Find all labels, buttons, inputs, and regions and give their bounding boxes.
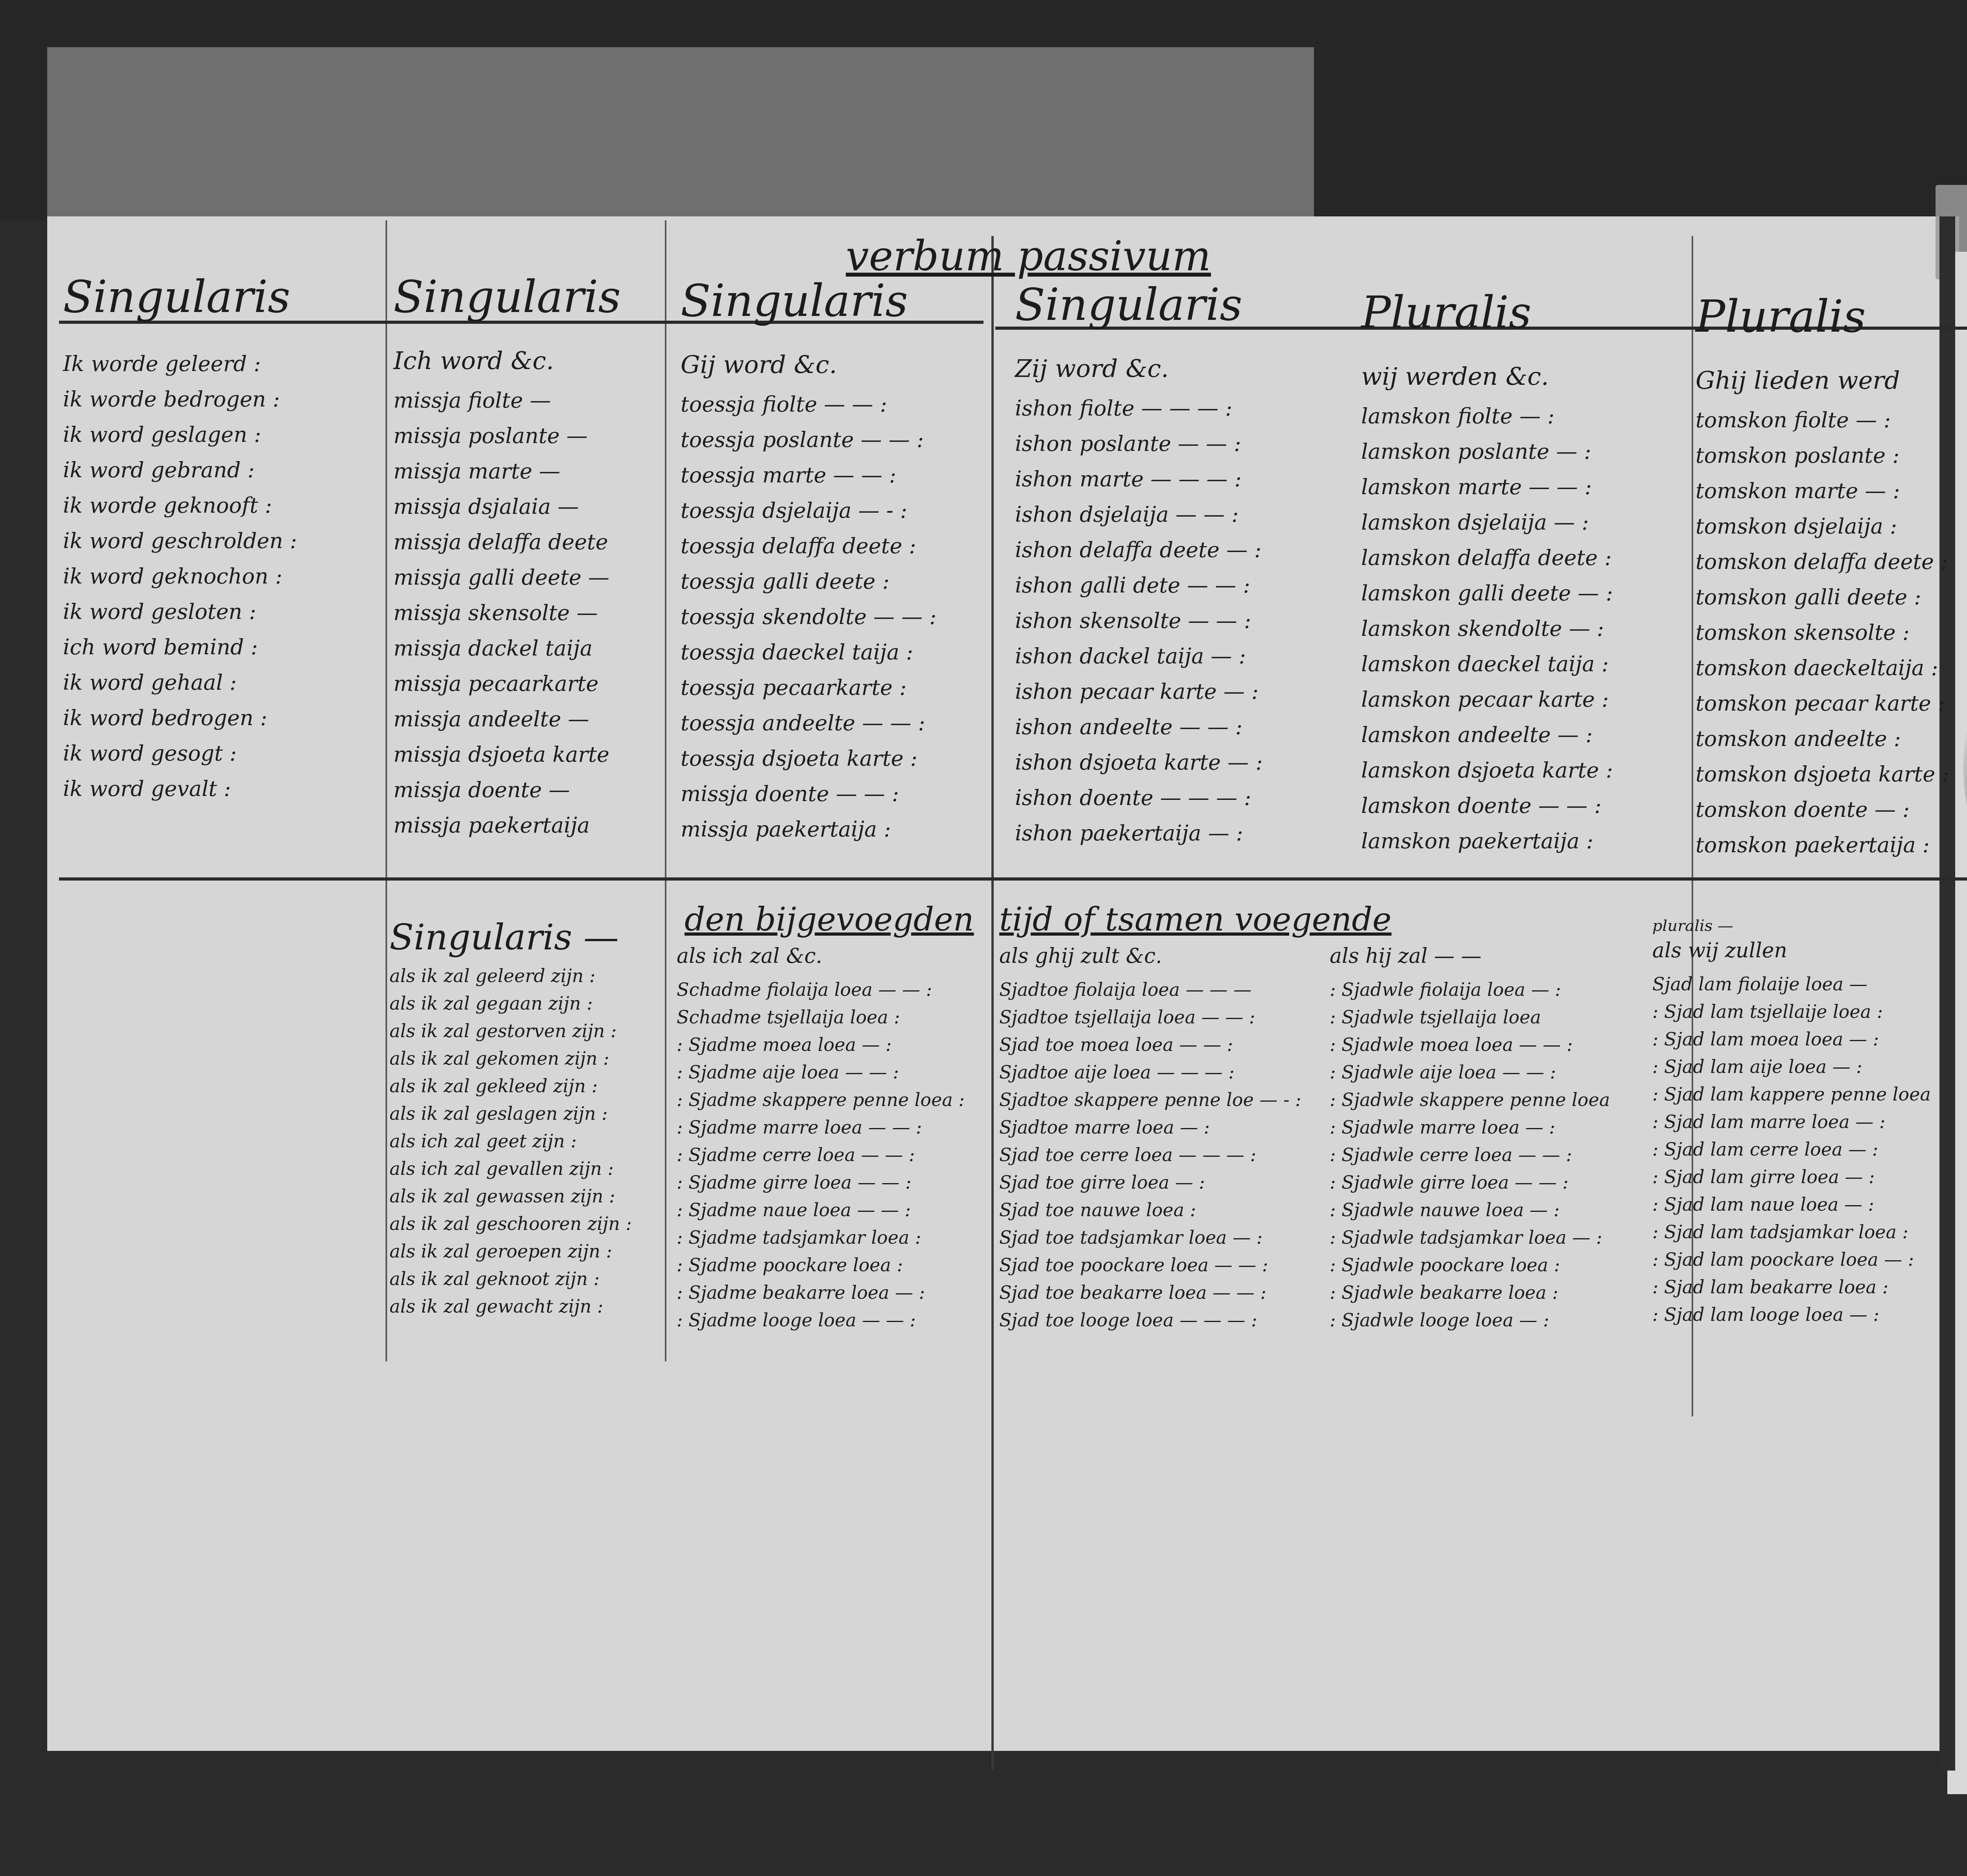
table-row: missja doente — xyxy=(393,772,621,808)
table-row: ishon doente — — — : xyxy=(1015,780,1263,816)
table-row: tomskon doente — : xyxy=(1696,792,1949,827)
table-row: toessja galli deete : xyxy=(681,564,937,599)
table-row: : Sjad lam tadsjamkar loea : xyxy=(1652,1218,1931,1246)
table-row: ik worde geknooft : xyxy=(63,488,297,523)
table-row: missja dackel taija xyxy=(393,631,621,666)
table-row: missja delaffa deete xyxy=(393,524,621,560)
column-header: Singularis xyxy=(63,271,297,323)
table-row: : Sjadme naue loea — — : xyxy=(677,1196,965,1224)
table-row: : Sjadwle skappere penne loea xyxy=(1330,1086,1610,1113)
table-row: ik word geslagen : xyxy=(63,417,297,452)
lower-column-4: als hij zal — — : Sjadwle fiolaija loea … xyxy=(1330,944,1610,1334)
lower-section-title-part-2: tijd of tsamen voegende xyxy=(999,901,1391,938)
table-row: lamskon doente — — : xyxy=(1361,788,1613,824)
table-row: tomskon fiolte — : xyxy=(1696,403,1949,438)
table-row: tomskon daeckeltaija : xyxy=(1696,650,1949,686)
table-row: : Sjadwle aije loea — — : xyxy=(1330,1058,1610,1086)
table-row: lamskon delaffa deete : xyxy=(1361,540,1613,576)
table-row: Sjadtoe tsjellaija loea — — : xyxy=(999,1003,1301,1031)
table-row: : Sjadwle poockare loea : xyxy=(1330,1251,1610,1279)
table-row: lamskon dsjelaija — : xyxy=(1361,505,1613,540)
upper-column-5: Pluralis wij werden &c. lamskon fiolte —… xyxy=(1361,287,1613,859)
table-row: lamskon pecaar karte : xyxy=(1361,682,1613,717)
column-subheader: Gij word &c. xyxy=(681,350,937,379)
table-row: lamskon fiolte — : xyxy=(1361,399,1613,434)
table-row: als ik zal gegaan zijn : xyxy=(389,990,632,1017)
table-row: ishon fiolte — — — : xyxy=(1015,391,1263,426)
section-divider-rule xyxy=(59,877,1967,881)
table-row: ishon andeelte — — : xyxy=(1015,709,1263,745)
table-row: Sjad toe looge loea — — — : xyxy=(999,1306,1301,1334)
table-row: : Sjadme poockare loea : xyxy=(677,1251,965,1279)
table-row: missja dsjoeta karte xyxy=(393,737,621,772)
table-row: Sjad lam fiolaije loea — xyxy=(1652,970,1931,998)
table-row: : Sjad lam cerre loea — : xyxy=(1652,1136,1931,1163)
table-row: tomskon galli deete : xyxy=(1696,580,1949,615)
column-subheader: als wij zullen xyxy=(1652,939,1931,962)
table-row: ishon paekertaija — : xyxy=(1015,816,1263,851)
table-row: missja dsjalaia — xyxy=(393,489,621,524)
table-row: als ik zal gekleed zijn : xyxy=(389,1072,632,1100)
table-row: Sjadtoe aije loea — — — : xyxy=(999,1058,1301,1086)
table-row: : Sjadme tadsjamkar loea : xyxy=(677,1224,965,1251)
table-row: lamskon daeckel taija : xyxy=(1361,646,1613,682)
table-row: : Sjadwle marre loea — : xyxy=(1330,1113,1610,1141)
column-header: pluralis — xyxy=(1652,917,1931,935)
table-row: missja galli deete — xyxy=(393,560,621,595)
column-rule xyxy=(991,236,994,1771)
table-row: missja paekertaija : xyxy=(681,812,937,847)
table-row: ishon dackel taija — : xyxy=(1015,639,1263,674)
table-row: tomskon poslante : xyxy=(1696,438,1949,473)
table-row: lamskon galli deete — : xyxy=(1361,576,1613,611)
table-row: : Sjadme moea loea — : xyxy=(677,1031,965,1058)
table-row: lamskon poslante — : xyxy=(1361,434,1613,469)
table-row: : Sjad lam marre loea — : xyxy=(1652,1108,1931,1136)
table-row: tomskon pecaar karte : xyxy=(1696,686,1949,721)
table-row: tomskon marte — : xyxy=(1696,473,1949,509)
table-row: ishon pecaar karte — : xyxy=(1015,674,1263,709)
lower-column-2: als ich zal &c. Schadme fiolaija loea — … xyxy=(677,944,965,1334)
table-row: als ik zal gekomen zijn : xyxy=(389,1045,632,1072)
table-row: : Sjad lam looge loea — : xyxy=(1652,1301,1931,1328)
table-row: Sjadtoe skappere penne loe — - : xyxy=(999,1086,1301,1113)
column-rule xyxy=(665,220,666,1361)
table-row: tomskon dsjoeta karte : xyxy=(1696,757,1949,792)
table-row: : Sjadwle cerre loea — — : xyxy=(1330,1141,1610,1169)
table-row: : Sjadme beakarre loea — : xyxy=(677,1279,965,1306)
table-row: : Sjadwle moea loea — — : xyxy=(1330,1031,1610,1058)
table-row: ik word gehaal : xyxy=(63,665,297,700)
table-row: Sjad toe girre loea — : xyxy=(999,1169,1301,1196)
table-row: : Sjad lam kappere penne loea xyxy=(1652,1080,1931,1108)
table-row: : Sjadme skappere penne loea : xyxy=(677,1086,965,1113)
upper-column-6: Pluralis Ghij lieden werd tomskon fiolte… xyxy=(1696,291,1949,863)
table-row: : Sjad lam girre loea — : xyxy=(1652,1163,1931,1191)
upper-column-3: Singularis Gij word &c. toessja fiolte —… xyxy=(681,275,937,847)
table-row: ishon dsjoeta karte — : xyxy=(1015,745,1263,780)
lower-column-5: pluralis — als wij zullen Sjad lam fiola… xyxy=(1652,917,1931,1328)
table-row: missja andeelte — xyxy=(393,702,621,737)
table-row: ik word gebrand : xyxy=(63,452,297,488)
column-header: Pluralis xyxy=(1696,291,1949,342)
table-row: ishon galli dete — — : xyxy=(1015,568,1263,603)
table-row: Sjad toe beakarre loea — — : xyxy=(999,1279,1301,1306)
table-row: : Sjadwle beakarre loea : xyxy=(1330,1279,1610,1306)
table-row: toessja dsjelaija — - : xyxy=(681,493,937,528)
table-row: : Sjad lam naue loea — : xyxy=(1652,1191,1931,1218)
table-row: Sjadtoe fiolaija loea — — — xyxy=(999,976,1301,1003)
table-row: ishon skensolte — — : xyxy=(1015,603,1263,639)
table-row: ik word gesogt : xyxy=(63,736,297,771)
table-row: missja pecaarkarte xyxy=(393,666,621,702)
lower-section-title-part-1: den bijgevoegden xyxy=(685,901,974,938)
table-row: lamskon dsjoeta karte : xyxy=(1361,753,1613,788)
table-row: : Sjadme girre loea — — : xyxy=(677,1169,965,1196)
table-row: lamskon skendolte — : xyxy=(1361,611,1613,646)
upper-column-2: Singularis Ich word &c. missja fiolte — … xyxy=(393,271,621,843)
table-row: toessja andeelte — — : xyxy=(681,705,937,741)
table-row: Ik worde geleerd : xyxy=(63,346,297,382)
table-row: tomskon paekertaija : xyxy=(1696,827,1949,863)
table-row: : Sjadwle girre loea — — : xyxy=(1330,1169,1610,1196)
table-row: als ik zal geslagen zijn : xyxy=(389,1100,632,1127)
table-row: : Sjadwle nauwe loea — : xyxy=(1330,1196,1610,1224)
table-row: ik worde bedrogen : xyxy=(63,382,297,417)
column-subheader: als ich zal &c. xyxy=(677,944,965,968)
table-row: ik word geknochon : xyxy=(63,559,297,594)
table-row: : Sjadwle tsjellaija loea xyxy=(1330,1003,1610,1031)
column-subheader: Ich word &c. xyxy=(393,346,621,375)
column-header: Singularis — xyxy=(389,917,632,958)
table-row: missja skensolte — xyxy=(393,595,621,631)
table-row: toessja pecaarkarte : xyxy=(681,670,937,705)
table-row: Sjad toe nauwe loea : xyxy=(999,1196,1301,1224)
table-row: : Sjad lam beakarre loea : xyxy=(1652,1273,1931,1301)
table-row: : Sjadme aije loea — — : xyxy=(677,1058,965,1086)
table-row: als ik zal geleerd zijn : xyxy=(389,962,632,990)
table-row: lamskon paekertaija : xyxy=(1361,824,1613,859)
table-row: ishon marte — — — : xyxy=(1015,462,1263,497)
table-row: missja poslante — xyxy=(393,418,621,454)
upper-column-4: Singularis Zij word &c. ishon fiolte — —… xyxy=(1015,279,1263,851)
table-row: tomskon delaffa deete : xyxy=(1696,544,1949,580)
lower-column-1: Singularis — als ik zal geleerd zijn : a… xyxy=(389,917,632,1320)
table-row: toessja marte — — : xyxy=(681,458,937,493)
column-header: Singularis xyxy=(393,271,621,323)
column-subheader: Ghij lieden werd xyxy=(1696,366,1949,395)
table-row: : Sjad lam aije loea — : xyxy=(1652,1053,1931,1080)
table-row: missja fiolte — xyxy=(393,383,621,418)
table-row: ik word gesloten : xyxy=(63,594,297,630)
table-row: toessja dsjoeta karte : xyxy=(681,741,937,776)
table-row: : Sjadwle looge loea — : xyxy=(1330,1306,1610,1334)
table-row: toessja daeckel taija : xyxy=(681,635,937,670)
column-header: Singularis xyxy=(681,275,937,327)
table-row: missja marte — xyxy=(393,454,621,489)
upper-column-1: Singularis Ik worde geleerd : ik worde b… xyxy=(63,271,297,807)
column-rule xyxy=(386,220,387,1361)
table-row: : Sjadwle fiolaija loea — : xyxy=(1330,976,1610,1003)
table-row: Sjadtoe marre loea — : xyxy=(999,1113,1301,1141)
table-row: ishon poslante — — : xyxy=(1015,426,1263,462)
table-row: tomskon dsjelaija : xyxy=(1696,509,1949,544)
table-row: als ik zal gewassen zijn : xyxy=(389,1182,632,1210)
table-row: lamskon andeelte — : xyxy=(1361,717,1613,753)
table-row: : Sjad lam tsjellaije loea : xyxy=(1652,998,1931,1025)
column-subheader: als ghij zult &c. xyxy=(999,944,1301,968)
table-row: missja doente — — : xyxy=(681,776,937,812)
table-row: ik word gevalt : xyxy=(63,771,297,807)
table-row: als ik zal geroepen zijn : xyxy=(389,1237,632,1265)
table-row: Sjad toe tadsjamkar loea — : xyxy=(999,1224,1301,1251)
table-row: : Sjadme marre loea — — : xyxy=(677,1113,965,1141)
table-row: lamskon marte — — : xyxy=(1361,469,1613,505)
table-row: als ik zal gewacht zijn : xyxy=(389,1293,632,1320)
table-row: ich word bemind : xyxy=(63,630,297,665)
column-subheader: als hij zal — — xyxy=(1330,944,1610,968)
table-row: Schadme fiolaija loea — — : xyxy=(677,976,965,1003)
table-row: als ich zal geet zijn : xyxy=(389,1127,632,1155)
table-row: : Sjadwle tadsjamkar loea — : xyxy=(1330,1224,1610,1251)
column-header: Pluralis xyxy=(1361,287,1613,338)
scan-background-patch xyxy=(47,47,1314,228)
table-row: tomskon skensolte : xyxy=(1696,615,1949,650)
table-row: als ik zal geknoot zijn : xyxy=(389,1265,632,1293)
table-row: tomskon andeelte : xyxy=(1696,721,1949,757)
column-header: Singularis xyxy=(1015,279,1263,331)
table-row: missja paekertaija xyxy=(393,808,621,843)
document-title: verbum passivum xyxy=(846,232,1211,280)
table-row: toessja fiolte — — : xyxy=(681,387,937,422)
table-row: : Sjad lam moea loea — : xyxy=(1652,1025,1931,1053)
table-row: toessja skendolte — — : xyxy=(681,599,937,635)
table-row: : Sjad lam poockare loea — : xyxy=(1652,1246,1931,1273)
table-row: ishon delaffa deete — : xyxy=(1015,532,1263,568)
table-row: toessja poslante — — : xyxy=(681,422,937,458)
table-row: : Sjadme cerre loea — — : xyxy=(677,1141,965,1169)
table-row: ik word bedrogen : xyxy=(63,700,297,736)
column-subheader: wij werden &c. xyxy=(1361,362,1613,391)
table-row: als ik zal geschooren zijn : xyxy=(389,1210,632,1237)
table-row: ik word geschrolden : xyxy=(63,523,297,559)
table-row: Sjad toe poockare loea — — : xyxy=(999,1251,1301,1279)
lower-column-3: als ghij zult &c. Sjadtoe fiolaija loea … xyxy=(999,944,1301,1334)
column-subheader: Zij word &c. xyxy=(1015,354,1263,383)
table-row: Sjad toe cerre loea — — — : xyxy=(999,1141,1301,1169)
table-row: als ich zal gevallen zijn : xyxy=(389,1155,632,1182)
table-row: Sjad toe moea loea — — : xyxy=(999,1031,1301,1058)
table-row: Schadme tsjellaija loea : xyxy=(677,1003,965,1031)
table-row: : Sjadme looge loea — — : xyxy=(677,1306,965,1334)
table-row: ishon dsjelaija — — : xyxy=(1015,497,1263,532)
table-row: toessja delaffa deete : xyxy=(681,528,937,564)
table-row: als ik zal gestorven zijn : xyxy=(389,1017,632,1045)
